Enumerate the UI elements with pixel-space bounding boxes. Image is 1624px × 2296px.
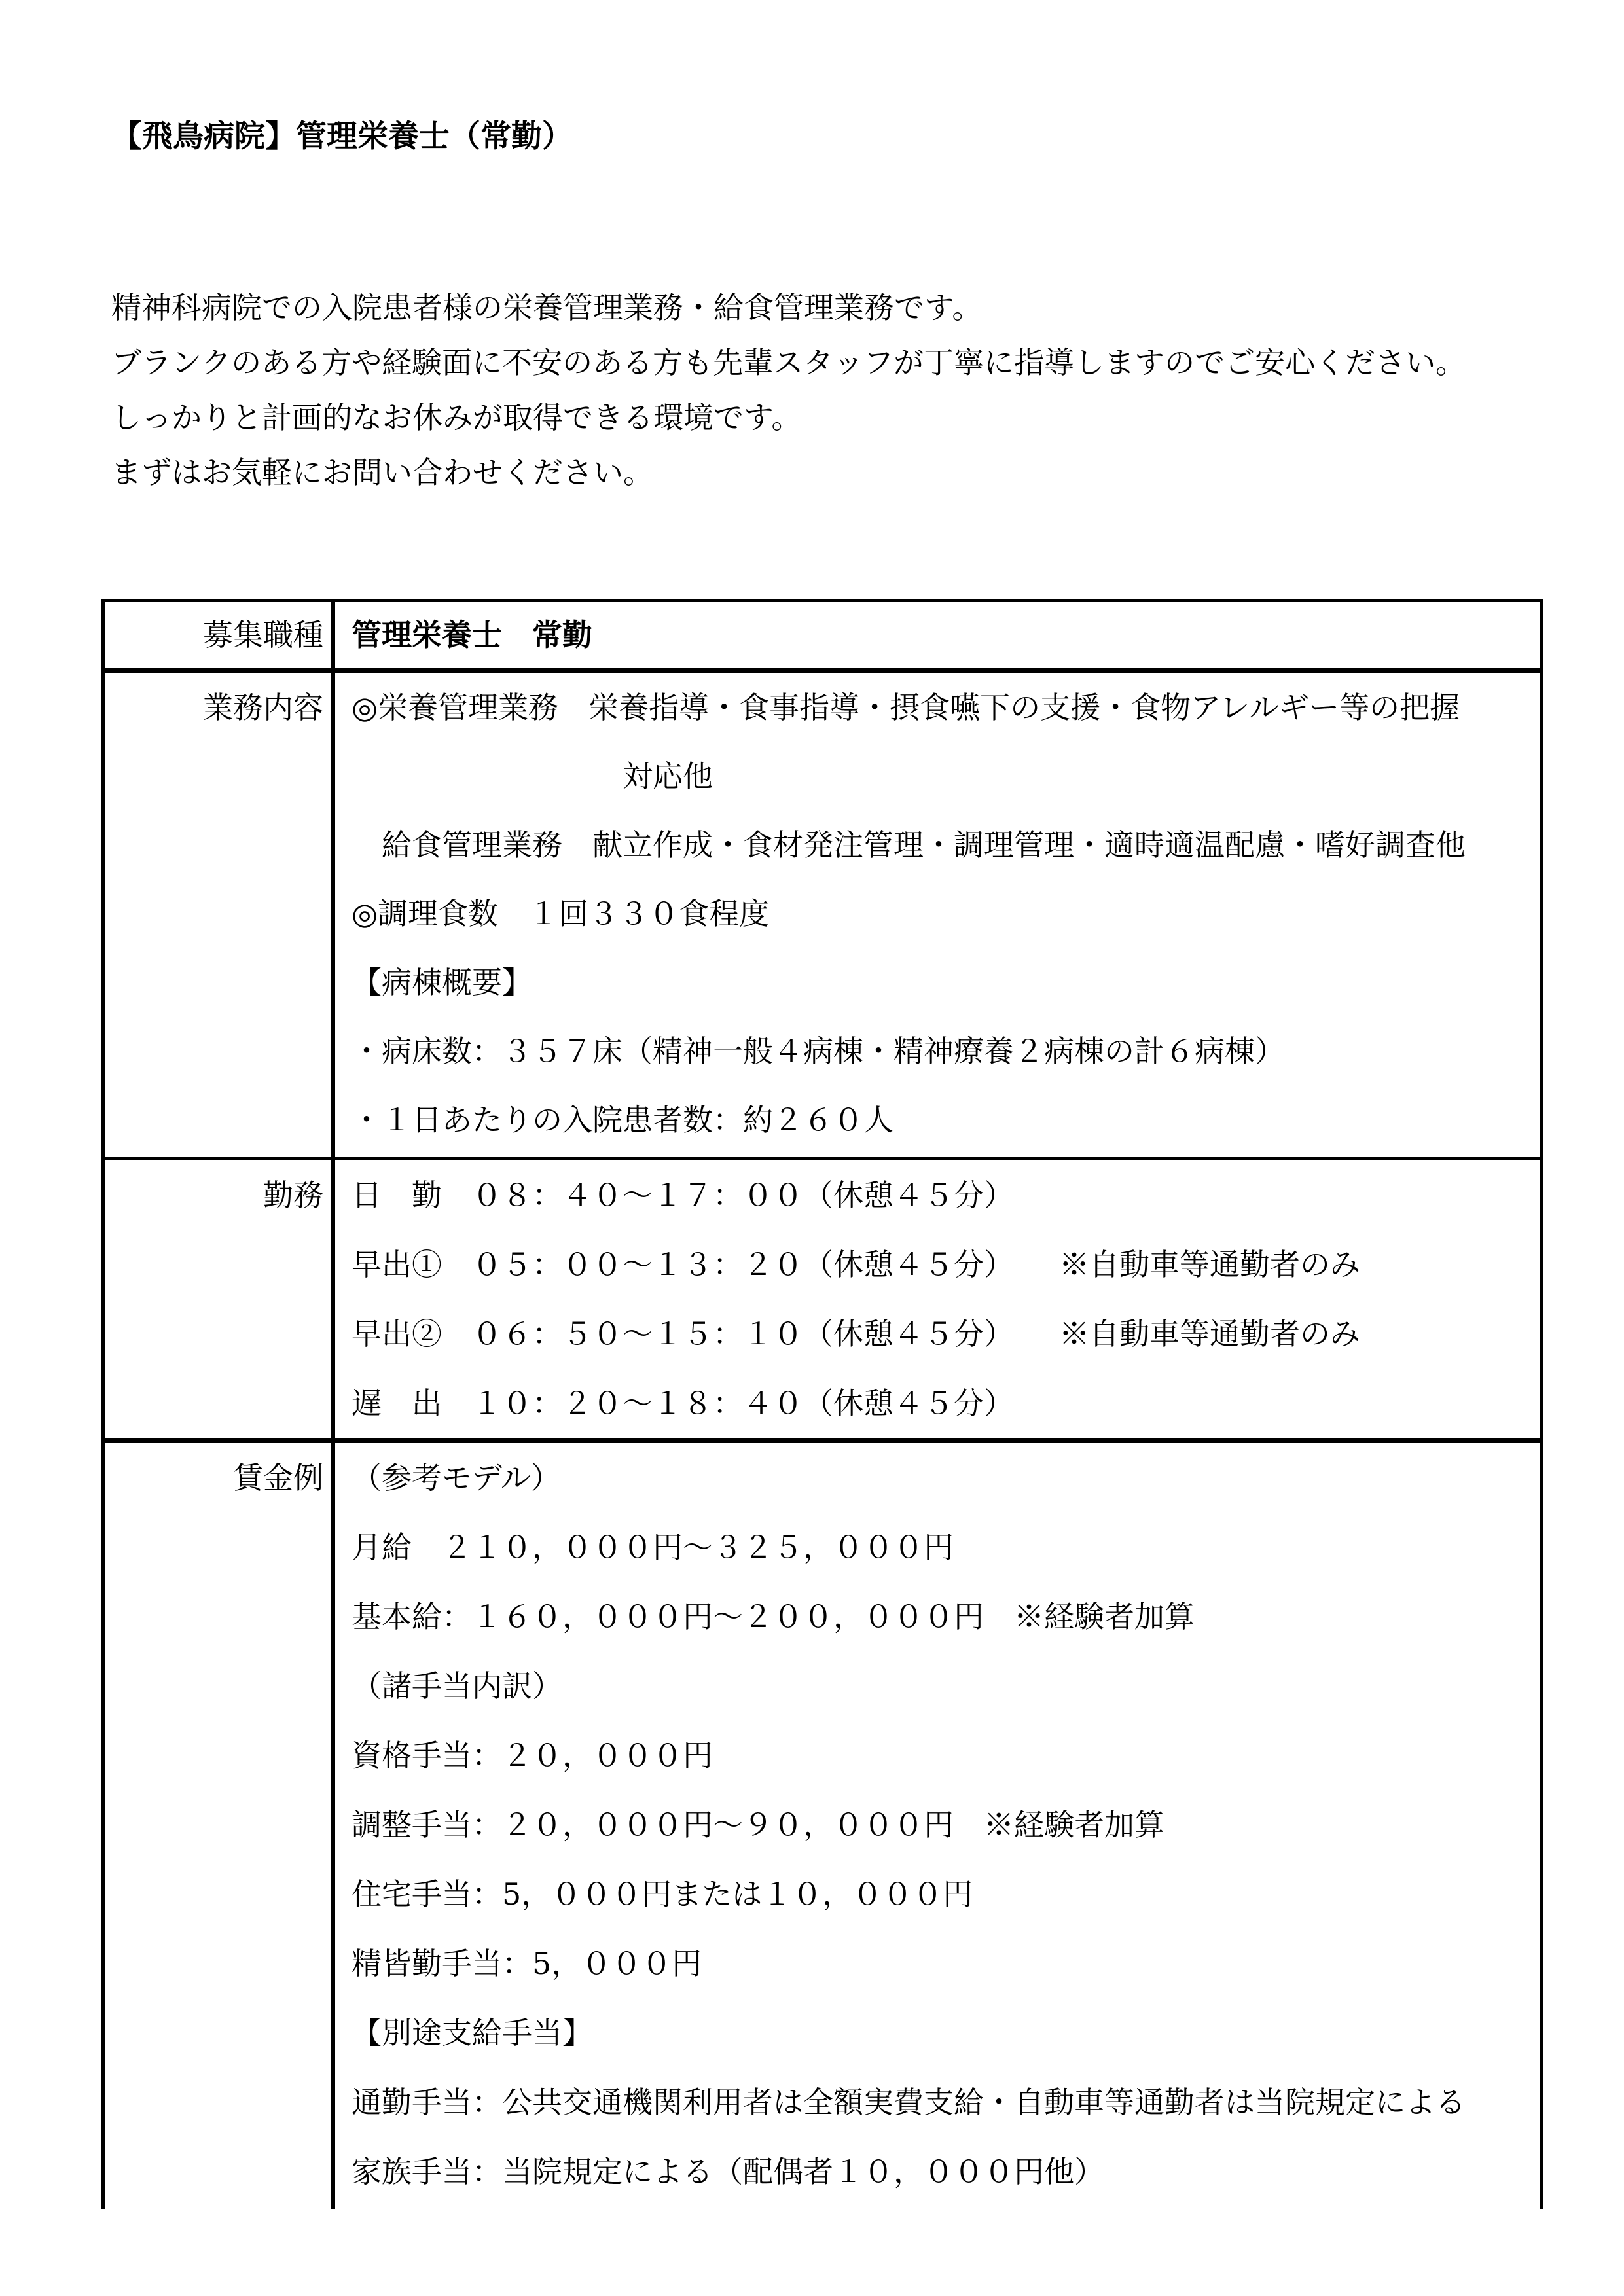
wage-line: 基本給：１６０，０００円～２００，０００円 ※経験者加算 <box>352 1582 1540 1651</box>
wage-line: 家族手当：当院規定による（配偶者１０，０００円他） <box>352 2137 1540 2206</box>
table-row-recruit-type: 募集職種 管理栄養士 常勤 <box>105 602 1540 673</box>
shift-cell: 日 勤 ０８：４０～１７：００（休憩４５分） 早出① ０５：００～１３：２０（休… <box>335 1160 1540 1438</box>
wage-line: 【別途支給手当】 <box>352 1998 1540 2068</box>
wage-line: 資格手当：２０，０００円 <box>352 1721 1540 1790</box>
row-label-shift: 勤務 <box>105 1160 335 1438</box>
wage-line: 住宅手当：5，０００円または１０，０００円 <box>352 1859 1540 1929</box>
recruit-type-cell: 管理栄養士 常勤 <box>335 602 1540 668</box>
row-label-wage: 賃金例 <box>105 1443 335 2209</box>
duties-line: ・１日あたりの入院患者数：約２６０人 <box>352 1086 1540 1155</box>
document-page: 【飛鳥病院】管理栄養士（常勤） 精神科病院での入院患者様の栄養管理業務・給食管理… <box>0 0 1624 2296</box>
wage-cell: （参考モデル） 月給 ２１０，０００円～３２５，０００円 基本給：１６０，０００… <box>335 1443 1540 2209</box>
intro-line: 精神科病院での入院患者様の栄養管理業務・給食管理業務です。 <box>111 280 1466 335</box>
wage-line: 月給 ２１０，０００円～３２５，０００円 <box>352 1513 1540 1582</box>
duties-line: ◎栄養管理業務 栄養指導・食事指導・摂食嚥下の支援・食物アレルギー等の把握 <box>352 673 1540 742</box>
duties-line: ◎調理食数 １回３３０食程度 <box>352 880 1540 948</box>
job-details-table: 募集職種 管理栄養士 常勤 業務内容 ◎栄養管理業務 栄養指導・食事指導・摂食嚥… <box>101 599 1543 2209</box>
duties-line: ・病床数：３５７床（精神一般４病棟・精神療養２病棟の計６病棟） <box>352 1017 1540 1086</box>
table-row-duties: 業務内容 ◎栄養管理業務 栄養指導・食事指導・摂食嚥下の支援・食物アレルギー等の… <box>105 673 1540 1160</box>
intro-line: しっかりと計画的なお休みが取得できる環境です。 <box>111 390 1466 445</box>
intro-paragraph: 精神科病院での入院患者様の栄養管理業務・給食管理業務です。 ブランクのある方や経… <box>111 280 1466 500</box>
wage-line: 通勤手当：公共交通機関利用者は全額実費支給・自動車等通勤者は当院規定による <box>352 2068 1540 2137</box>
wage-line: （諸手当内訳） <box>352 1651 1540 1721</box>
duties-cell: ◎栄養管理業務 栄養指導・食事指導・摂食嚥下の支援・食物アレルギー等の把握 対応… <box>335 673 1540 1157</box>
page-title: 【飛鳥病院】管理栄養士（常勤） <box>111 117 573 157</box>
shift-line: 早出① ０５：００～１３：２０（休憩４５分） ※自動車等通勤者のみ <box>352 1230 1540 1299</box>
row-label-duties: 業務内容 <box>105 673 335 1157</box>
wage-line: （参考モデル） <box>352 1443 1540 1513</box>
duties-line: 給食管理業務 献立作成・食材発注管理・調理管理・適時適温配慮・嗜好調査他 <box>352 811 1540 880</box>
row-label-recruit-type: 募集職種 <box>105 602 335 668</box>
wage-line: 精皆勤手当：5，０００円 <box>352 1929 1540 1998</box>
shift-line: 遅 出 １０：２０～１８：４０（休憩４５分） <box>352 1369 1540 1438</box>
wage-line: 調整手当：２０，０００円～９０，０００円 ※経験者加算 <box>352 1790 1540 1859</box>
shift-line: 日 勤 ０８：４０～１７：００（休憩４５分） <box>352 1160 1540 1230</box>
intro-line: ブランクのある方や経験面に不安のある方も先輩スタッフが丁寧に指導しますのでご安心… <box>111 335 1466 390</box>
recruit-type-value: 管理栄養士 常勤 <box>352 602 1540 668</box>
intro-line: まずはお気軽にお問い合わせください。 <box>111 445 1466 500</box>
duties-line: 対応他 <box>352 742 1540 811</box>
shift-line: 早出② ０６：５０～１５：１０（休憩４５分） ※自動車等通勤者のみ <box>352 1299 1540 1369</box>
duties-line: 【病棟概要】 <box>352 948 1540 1017</box>
table-row-shift: 勤務 日 勤 ０８：４０～１７：００（休憩４５分） 早出① ０５：００～１３：２… <box>105 1160 1540 1443</box>
table-row-wage: 賃金例 （参考モデル） 月給 ２１０，０００円～３２５，０００円 基本給：１６０… <box>105 1443 1540 2209</box>
